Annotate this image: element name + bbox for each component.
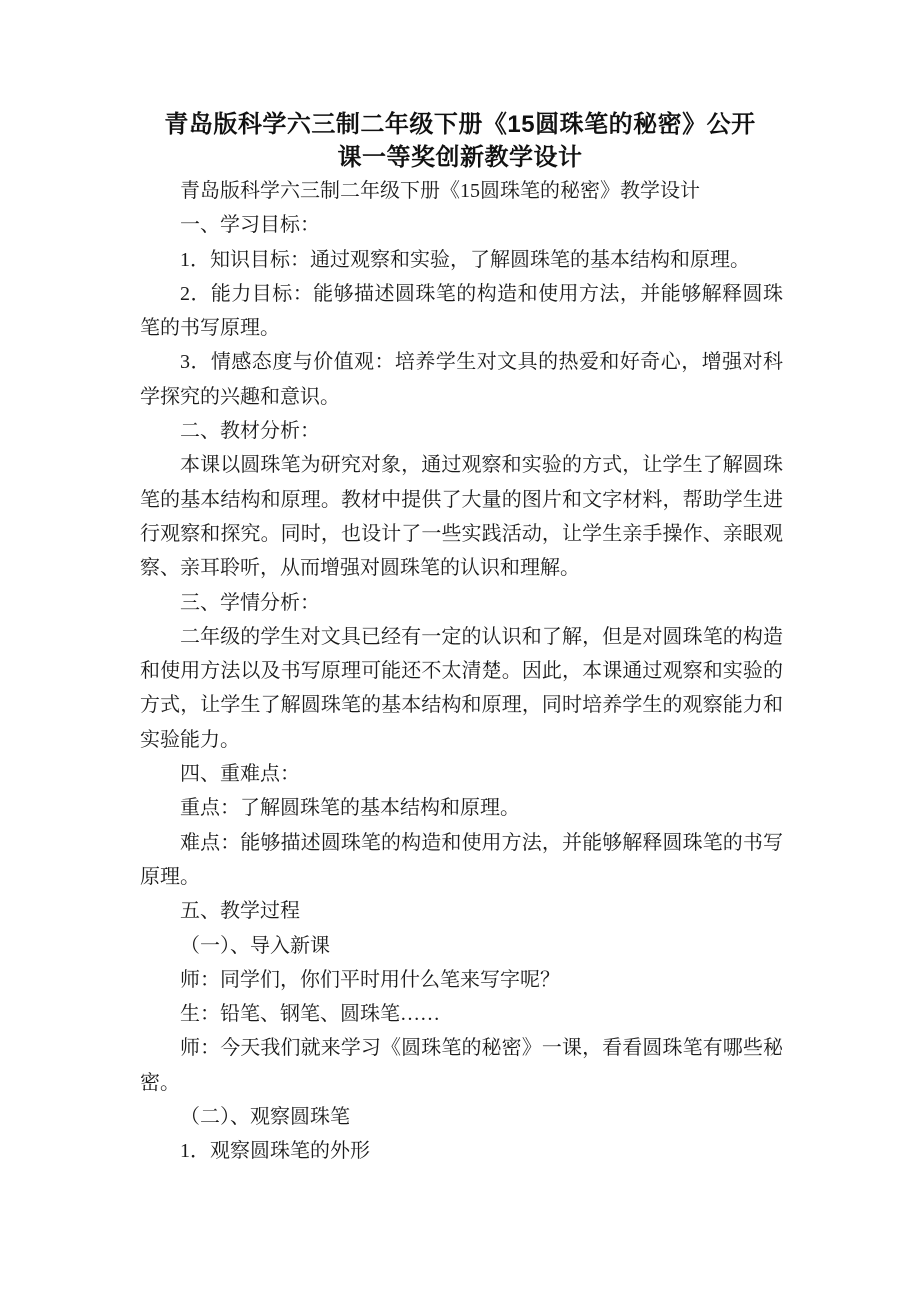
paragraph: 一、学习目标： xyxy=(140,208,783,242)
paragraph: 2．能力目标：能够描述圆珠笔的构造和使用方法，并能够解释圆珠笔的书写原理。 xyxy=(140,277,783,346)
paragraph: 重点：了解圆珠笔的基本结构和原理。 xyxy=(140,791,783,825)
paragraph: （二）、观察圆珠笔 xyxy=(140,1100,783,1134)
paragraph: 本课以圆珠笔为研究对象，通过观察和实验的方式，让学生了解圆珠笔的基本结构和原理。… xyxy=(140,448,783,585)
paragraph: 二、教材分析： xyxy=(140,414,783,448)
paragraph: 青岛版科学六三制二年级下册《15圆珠笔的秘密》教学设计 xyxy=(140,174,783,208)
paragraph: 二年级的学生对文具已经有一定的认识和了解，但是对圆珠笔的构造和使用方法以及书写原… xyxy=(140,620,783,757)
paragraph: 师：今天我们就来学习《圆珠笔的秘密》一课，看看圆珠笔有哪些秘密。 xyxy=(140,1031,783,1100)
document-page: 青岛版科学六三制二年级下册《15圆珠笔的秘密》公开课一等奖创新教学设计 青岛版科… xyxy=(0,0,920,1301)
paragraph: 三、学情分析： xyxy=(140,586,783,620)
paragraph: 生：铅笔、钢笔、圆珠笔…… xyxy=(140,997,783,1031)
paragraph: 四、重难点： xyxy=(140,757,783,791)
document-title: 青岛版科学六三制二年级下册《15圆珠笔的秘密》公开课一等奖创新教学设计 xyxy=(155,108,765,174)
paragraph: 3．情感态度与价值观：培养学生对文具的热爱和好奇心，增强对科学探究的兴趣和意识。 xyxy=(140,345,783,414)
paragraph: 1．观察圆珠笔的外形 xyxy=(140,1134,783,1168)
paragraph: 1．知识目标：通过观察和实验，了解圆珠笔的基本结构和原理。 xyxy=(140,243,783,277)
paragraph: （一）、导入新课 xyxy=(140,929,783,963)
document-body: 青岛版科学六三制二年级下册《15圆珠笔的秘密》教学设计一、学习目标：1．知识目标… xyxy=(140,174,783,1169)
paragraph: 难点：能够描述圆珠笔的构造和使用方法，并能够解释圆珠笔的书写原理。 xyxy=(140,826,783,895)
paragraph: 五、教学过程 xyxy=(140,894,783,928)
paragraph: 师：同学们，你们平时用什么笔来写字呢？ xyxy=(140,963,783,997)
